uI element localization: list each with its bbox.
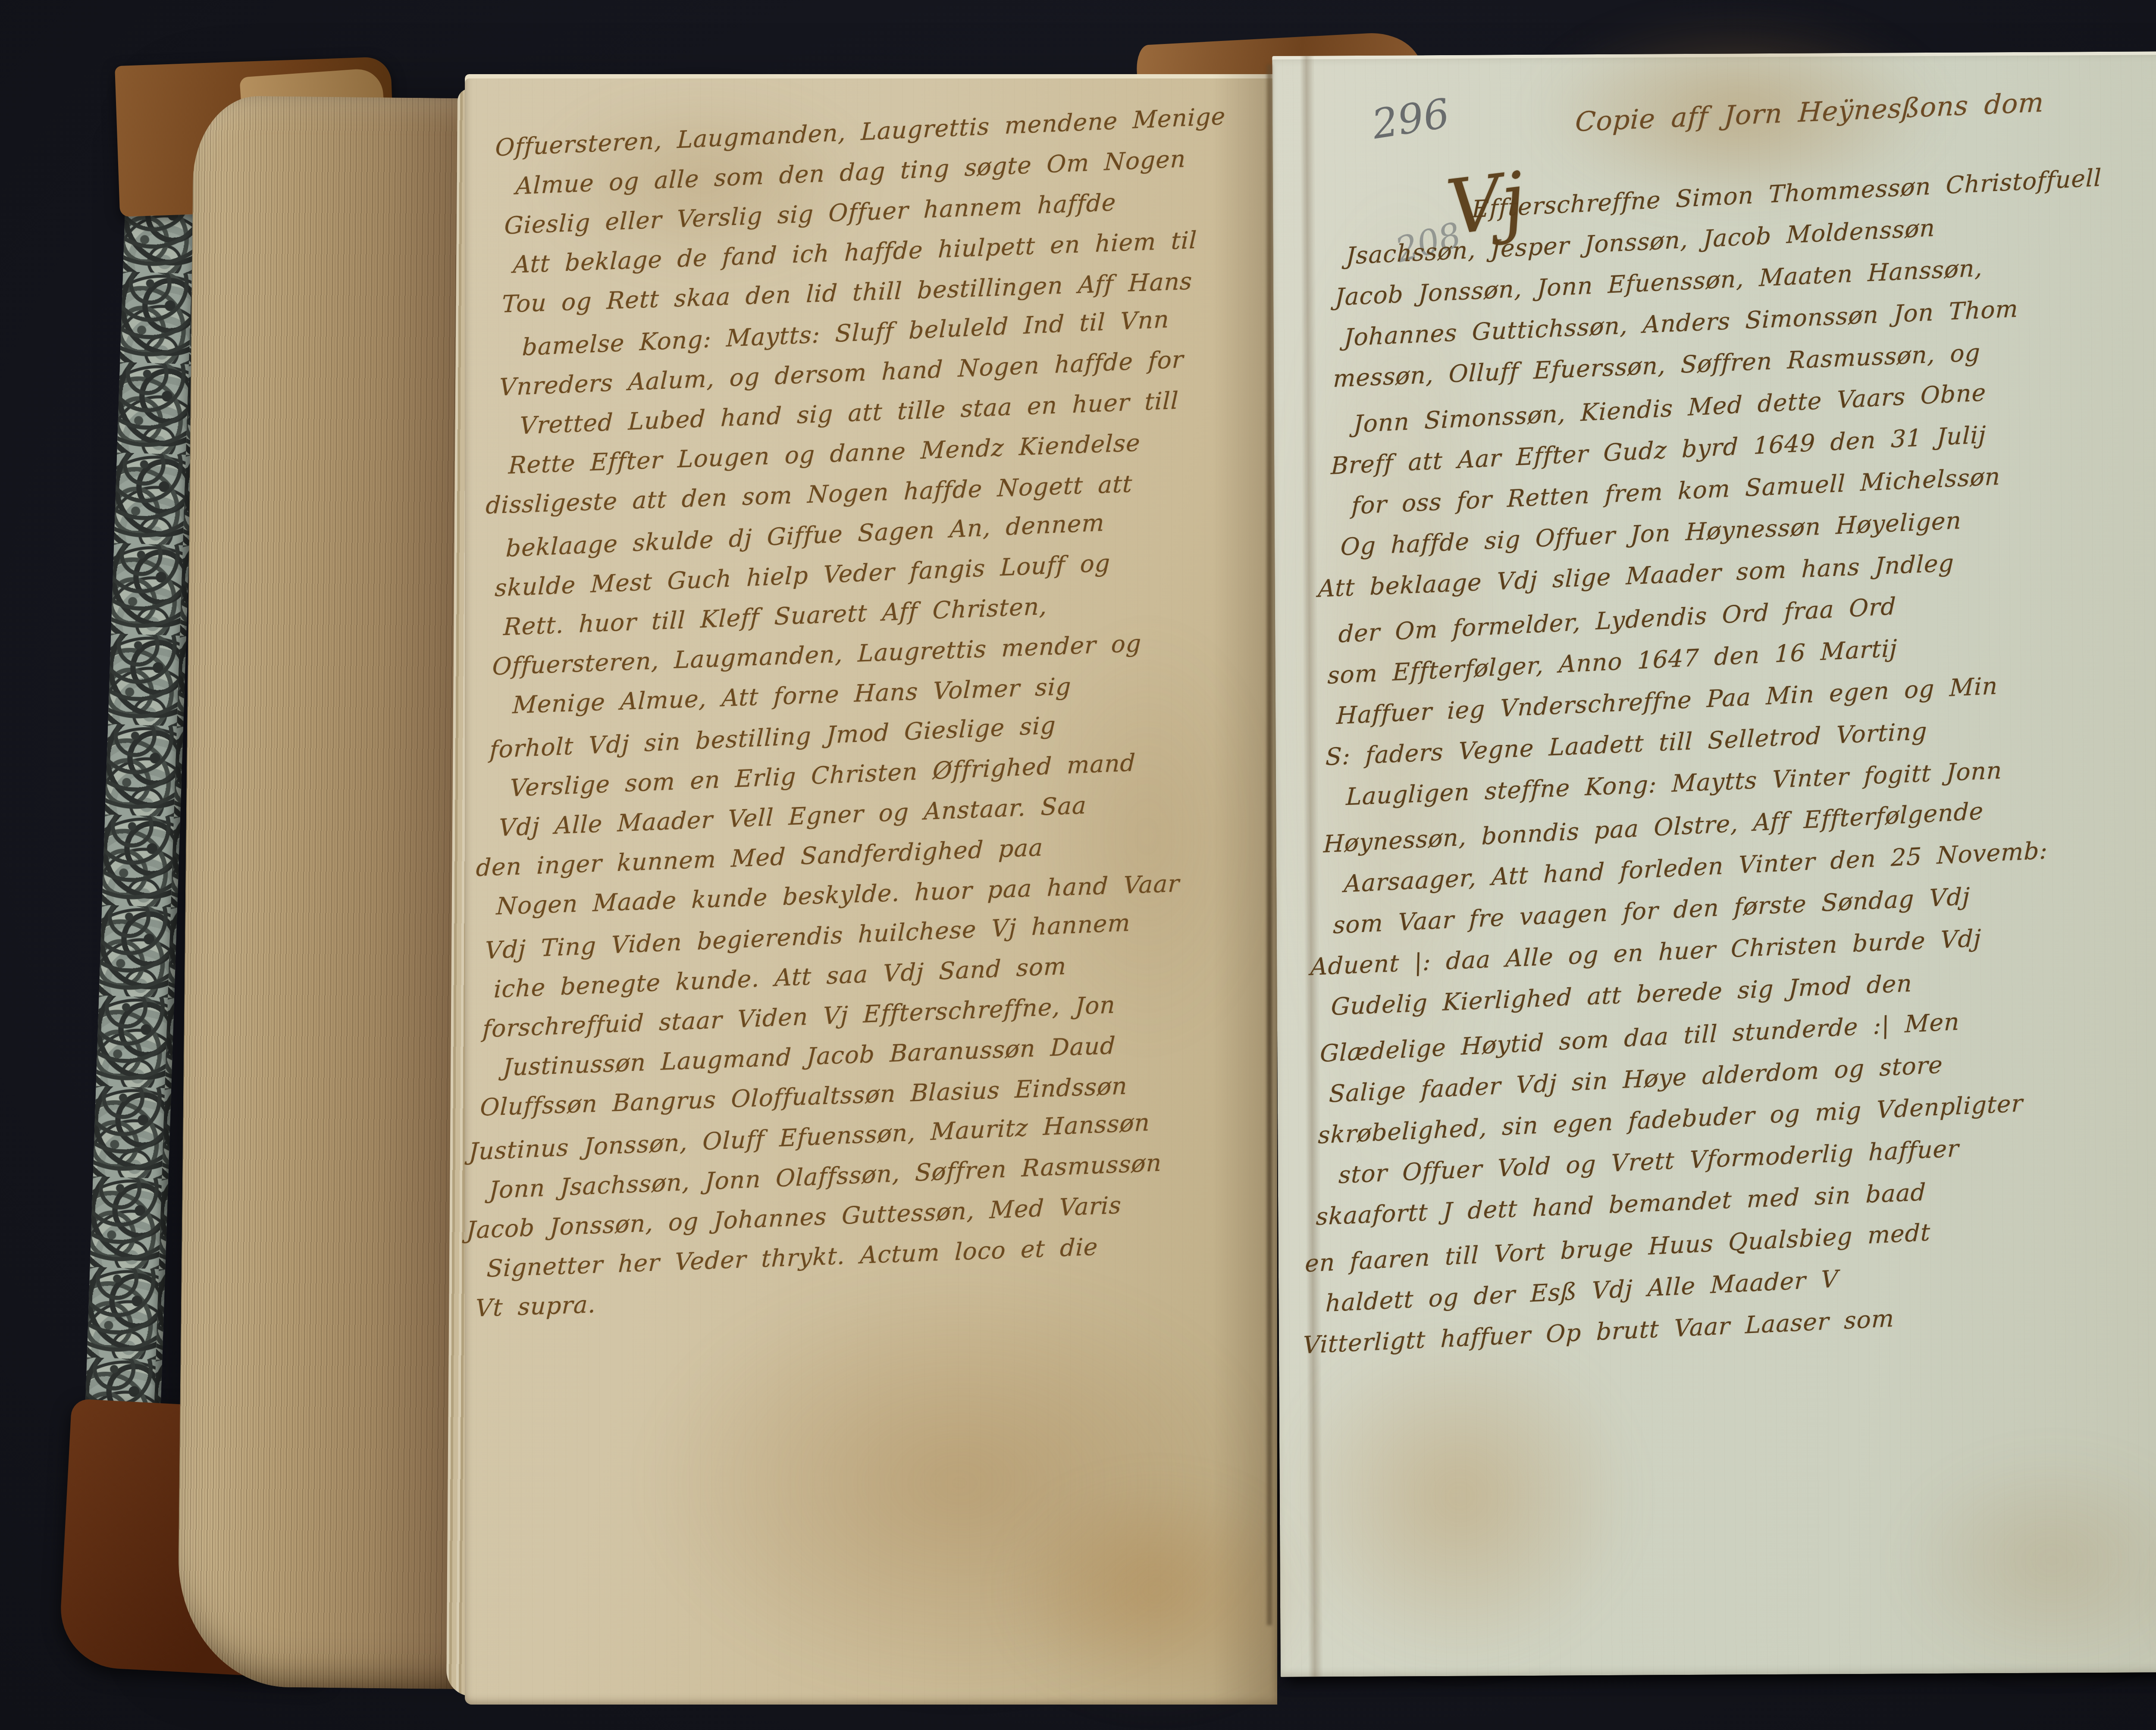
stain-left-bottom-gutter xyxy=(1005,1479,1307,1703)
stain-right-bottom-left xyxy=(1287,1328,1632,1664)
gutter-crease xyxy=(1267,65,1272,1625)
left-page-text: Offuersteren, Laugmanden, Laugrettis men… xyxy=(458,97,1263,1331)
manuscript-photo: non,ongesigattndj3a Offuersteren, Laugma… xyxy=(0,0,2156,1730)
fore-edge-page-stack xyxy=(177,95,492,1689)
right-page-text: Effterschreffne Simon Thommessøn Christo… xyxy=(1297,150,2156,1367)
